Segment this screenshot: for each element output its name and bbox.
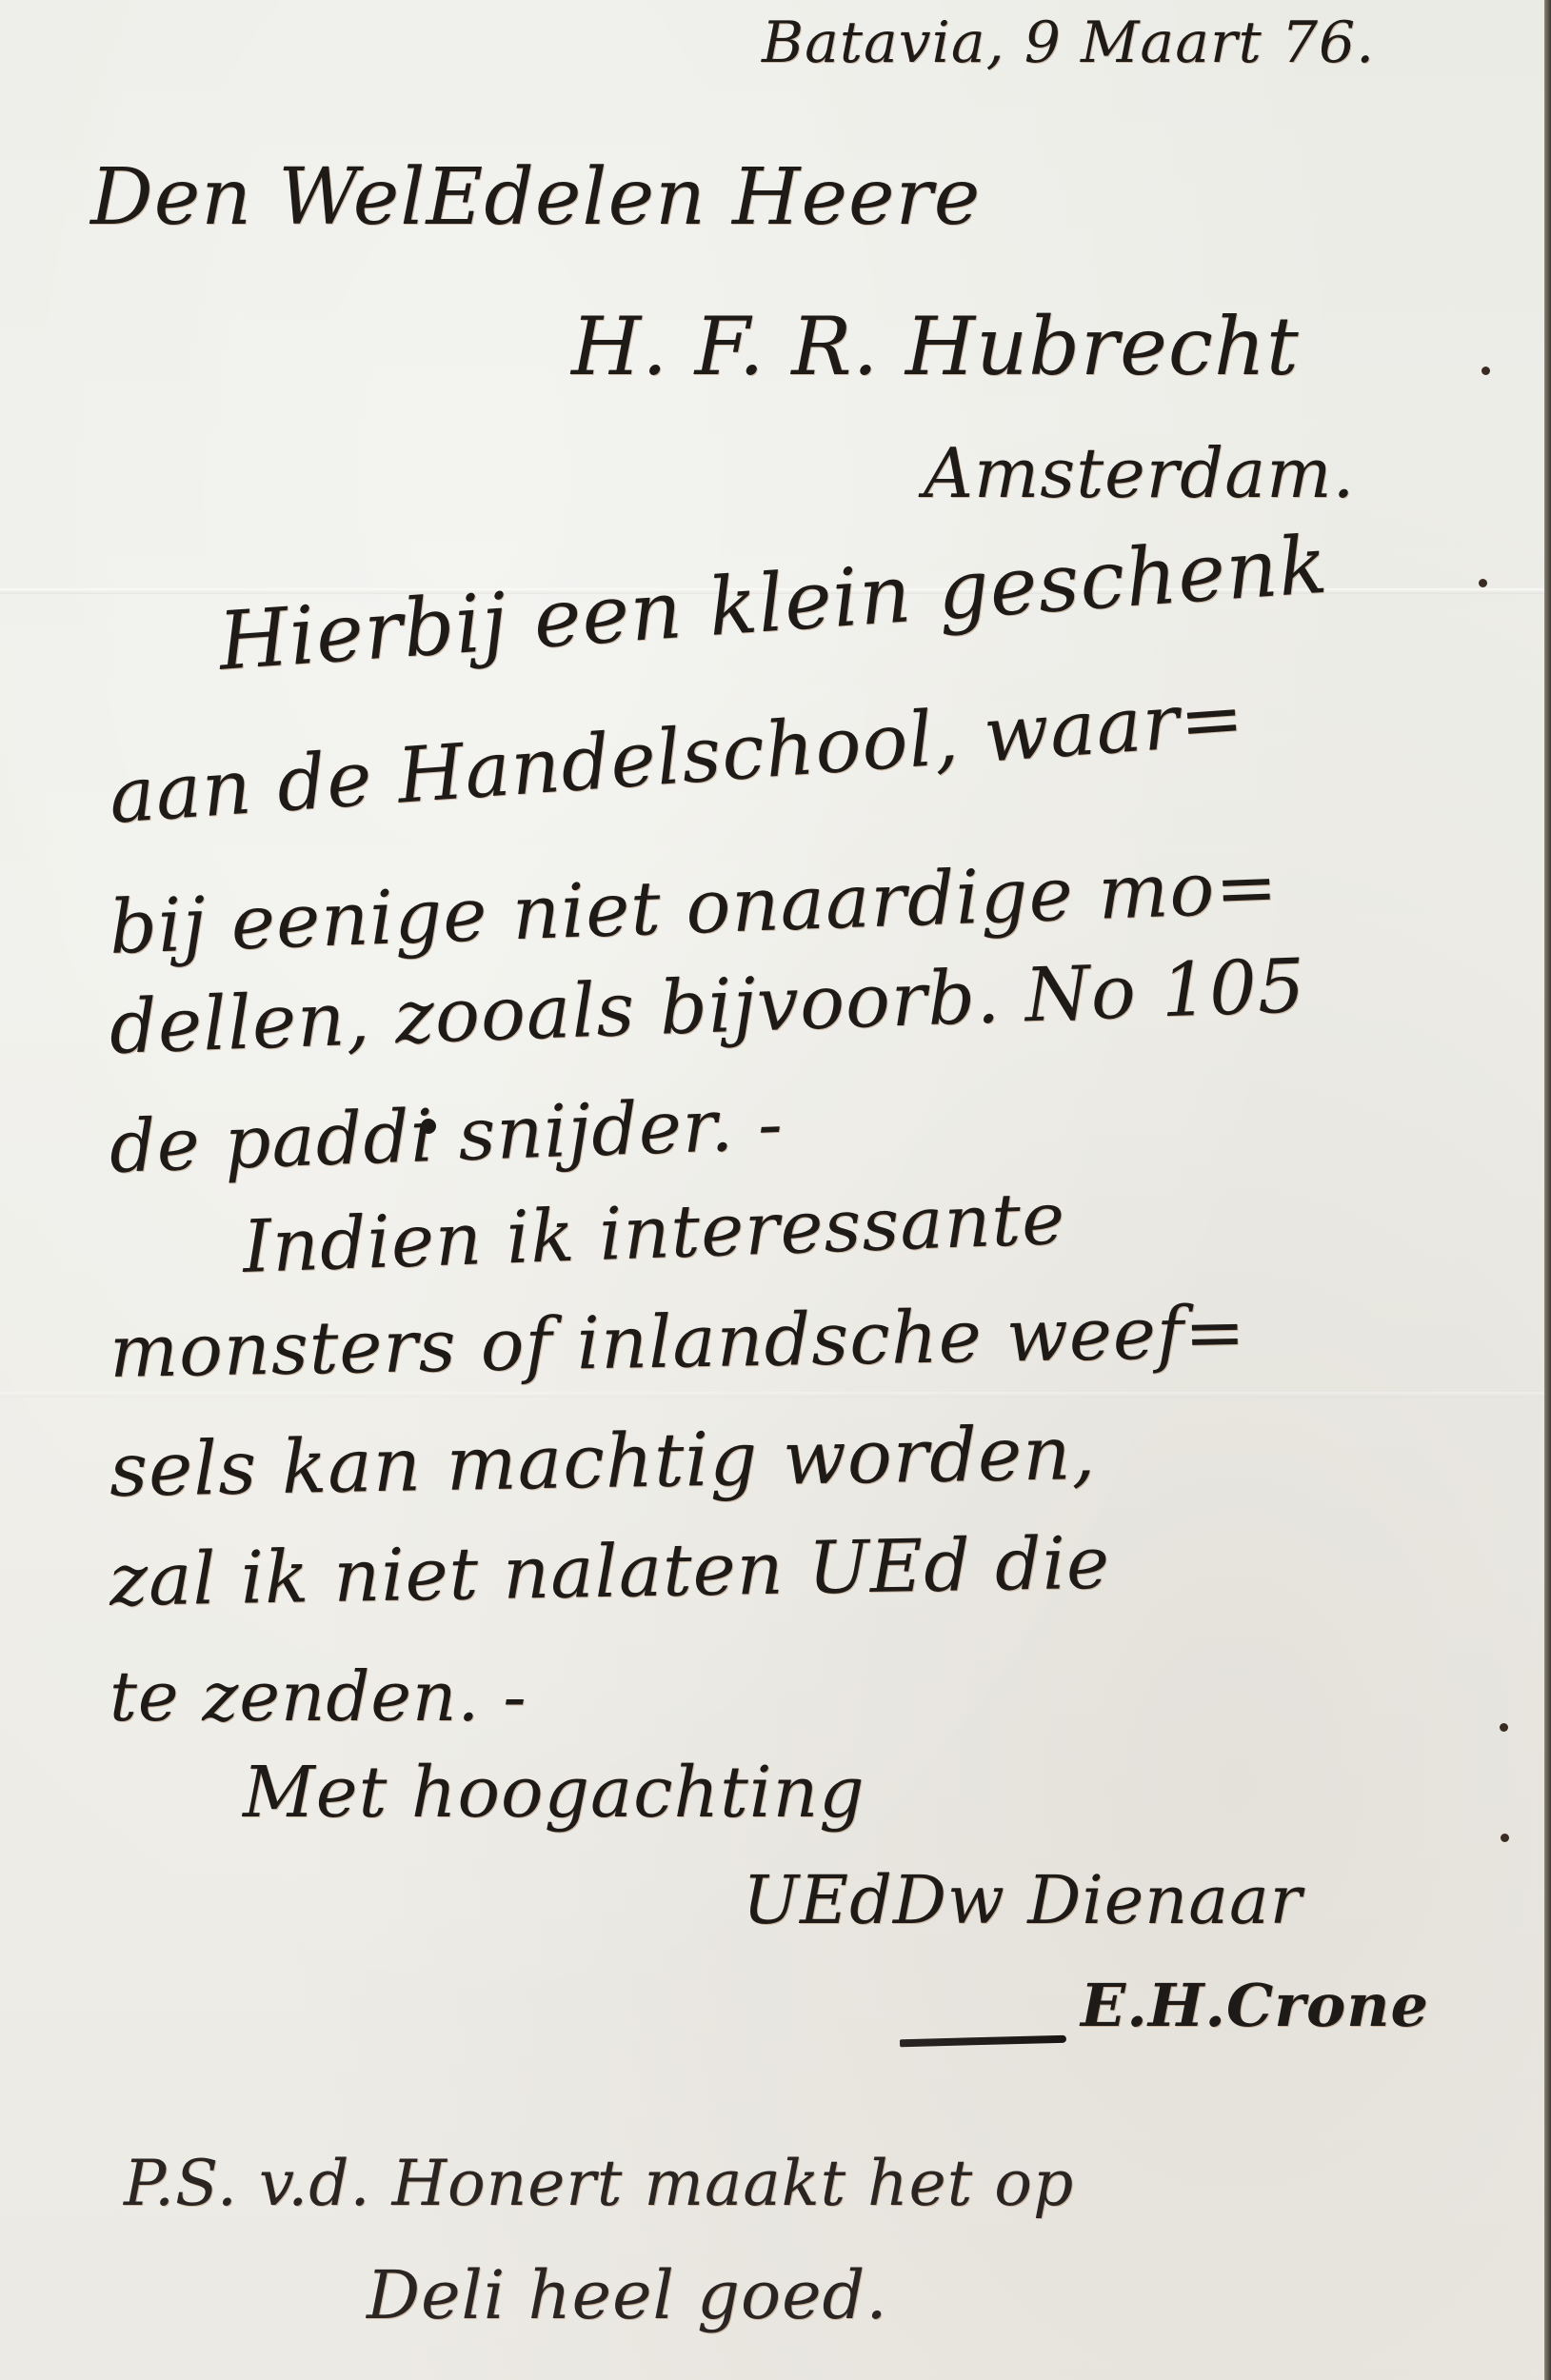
paper-fold [0,1392,1544,1398]
closing: Met hoogachting [243,1752,865,1834]
postscript-line-2: Deli heel goed. [367,2256,888,2334]
signature: E.H.Crone [1081,1971,1429,2040]
body-line: monsters of inlandsche weef= [109,1289,1246,1394]
pin-hole [1500,1723,1508,1732]
body-line: Hierbij een klein geschenk [216,518,1331,688]
body-line: te zenden. - [109,1656,527,1736]
pin-hole [1481,367,1490,375]
body-line: sels kan machtig worden, [109,1411,1097,1514]
place-date: Batavia, 9 Maart 76. [762,10,1375,76]
pin-hole [1501,1834,1509,1842]
addressee-name: H. F. R. Hubrecht [571,300,1300,393]
ink-blot [421,1119,436,1134]
closing-servant: UEdDw Dienaar [743,1861,1302,1939]
body-line: aan de Handelschool, waar= [107,673,1247,841]
salutation: Den WelEdelen Heere [90,152,981,243]
pin-hole [1479,579,1487,587]
postscript-line-1: P.S. v.d. Honert maakt het op [124,2147,1074,2220]
addressee-city: Amsterdam. [924,433,1355,513]
letter-sheet: Batavia, 9 Maart 76. Den WelEdelen Heere… [0,0,1544,2380]
body-line: zal ik niet nalaten UEd die [109,1520,1110,1622]
body-line: de paddi snijder. - [108,1081,785,1189]
paper-edge-shadow [1544,0,1551,2380]
signature-underline [900,2035,1066,2048]
body-line: Indien ik interessante [241,1176,1066,1289]
